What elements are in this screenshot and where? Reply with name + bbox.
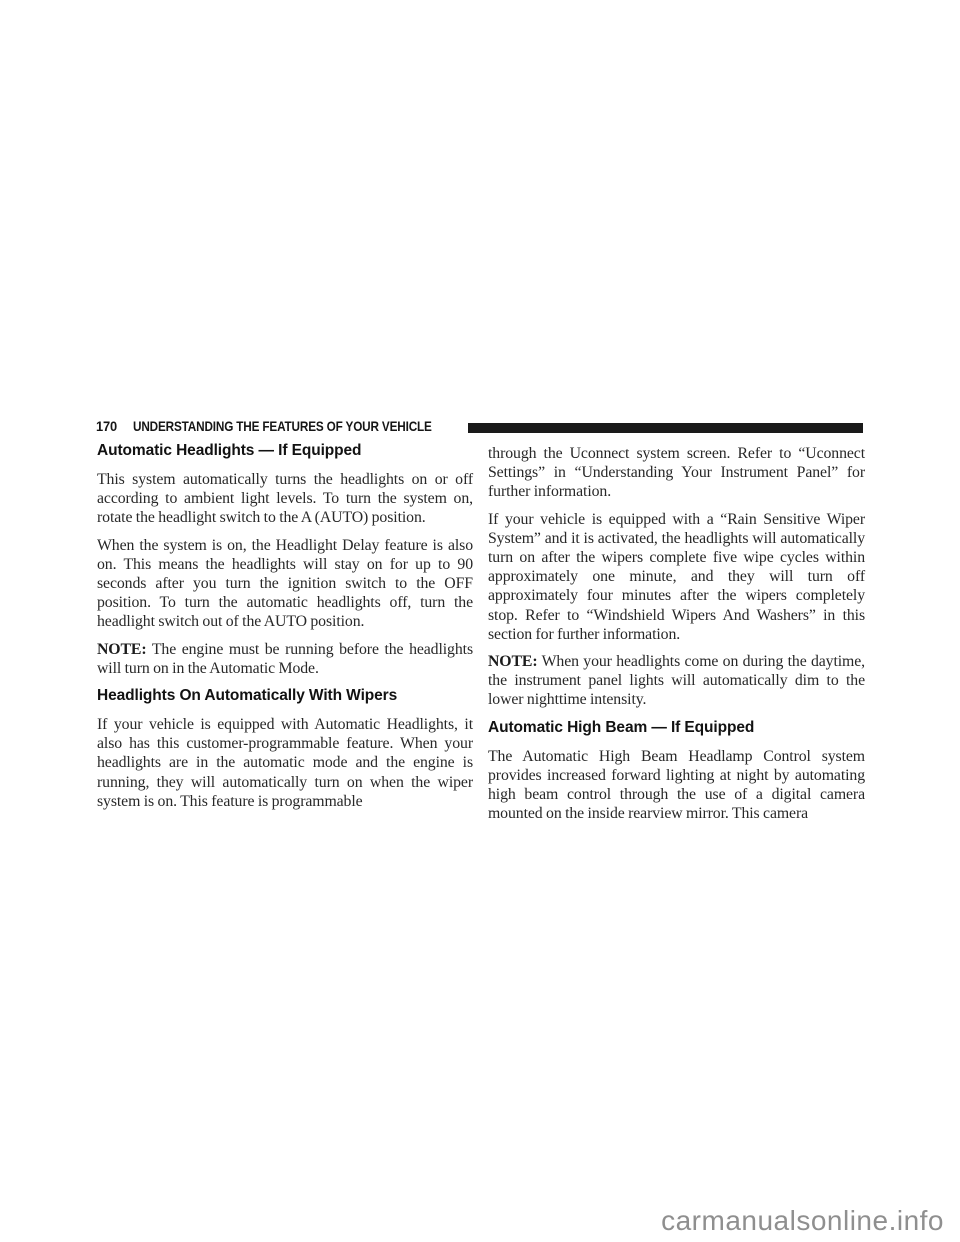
note-text: When your headlights come on during the …	[488, 653, 865, 708]
header-bar	[468, 423, 863, 433]
page-number: 170	[96, 419, 117, 433]
paragraph-uconnect-continuation: through the Uconnect system screen. Refe…	[488, 444, 865, 502]
paragraph-automatic-high-beam-1: The Automatic High Beam Headlamp Control…	[488, 747, 865, 824]
watermark: carmanualsonline.info	[661, 1206, 944, 1236]
right-column: through the Uconnect system screen. Refe…	[488, 444, 865, 823]
section-heading-automatic-headlights: Automatic Headlights — If Equipped	[97, 441, 473, 460]
paragraph-rain-sensitive-wipers: If your vehicle is equipped with a “Rain…	[488, 510, 865, 644]
note-paragraph: NOTE: The engine must be running before …	[97, 640, 473, 678]
left-column: Automatic Headlights — If Equipped This …	[97, 441, 473, 811]
paragraph-headlights-wipers-1: If your vehicle is equipped with Automat…	[97, 715, 473, 811]
manual-page: 170 UNDERSTANDING THE FEATURES OF YOUR V…	[0, 0, 960, 1242]
note-text: The engine must be running before the he…	[97, 641, 473, 677]
running-header-title: UNDERSTANDING THE FEATURES OF YOUR VEHIC…	[133, 419, 432, 433]
section-heading-automatic-high-beam: Automatic High Beam — If Equipped	[488, 718, 865, 737]
section-heading-headlights-on-with-wipers: Headlights On Automatically With Wipers	[97, 686, 473, 705]
note-label: NOTE:	[97, 641, 147, 658]
note-label: NOTE:	[488, 653, 538, 670]
paragraph-automatic-headlights-2: When the system is on, the Headlight Del…	[97, 536, 473, 632]
note-paragraph: NOTE: When your headlights come on durin…	[488, 652, 865, 710]
paragraph-automatic-headlights-1: This system automatically turns the head…	[97, 470, 473, 528]
